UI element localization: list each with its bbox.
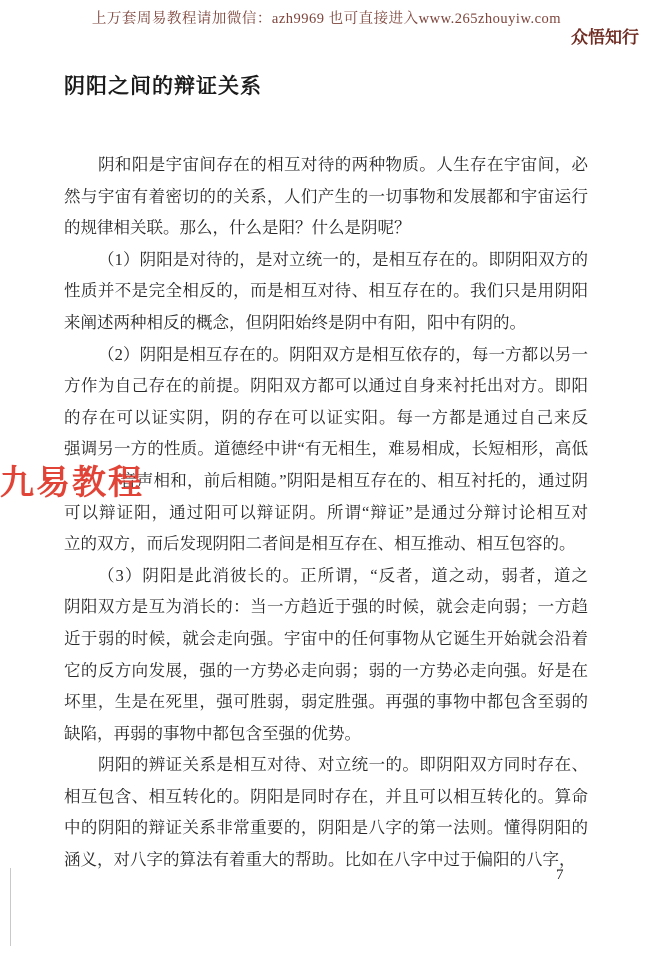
text-line: 坏里，生是在死里，强可胜弱，弱定胜强。再强的事物中都包含至弱的 <box>64 686 588 718</box>
text-line: 性质并不是完全相反的，而是相互对待、相互存在的。我们只是用阴阳 <box>64 275 588 307</box>
text-line: 方作为自己存在的前提。阴阳双方都可以通过自身来衬托出对方。即阳 <box>64 370 588 402</box>
brand-label: 众悟知行 <box>571 23 639 48</box>
watermark: 九易教程 <box>0 455 144 504</box>
text-line: （3）阴阳是此消彼长的。正所谓，“反者，道之动，弱者，道之用。” <box>64 560 588 592</box>
text-line: 缺陷，再弱的事物中都包含至强的优势。 <box>64 718 588 750</box>
body-text: 阴和阳是宇宙间存在的相互对待的两种物质。人生存在宇宙间，必 然与宇宙有着密切的的… <box>64 149 588 876</box>
text-line: 相互包含、相互转化的。阴阳是同时存在，并且可以相互转化的。算命 <box>64 781 588 813</box>
text-line: 立的双方，而后发现阴阳二者间是相互存在、相互推动、相互包容的。 <box>64 528 588 560</box>
document-page: 上万套周易教程请加微信：azh9969 也可直接进入www.265zhouyiw… <box>0 0 653 957</box>
page-title: 阴阳之间的辩证关系 <box>64 70 262 100</box>
text-line: （2）阴阳是相互存在的。阴阳双方是相互依存的，每一方都以另一 <box>64 339 588 371</box>
text-line: 阴阳双方是互为消长的：当一方趋近于强的时候，就会走向弱；一方趋 <box>64 591 588 623</box>
text-line: 来阐述两种相反的概念，但阴阳始终是阴中有阳，阳中有阴的。 <box>64 307 588 339</box>
text-line: 的存在可以证实阴，阴的存在可以证实阳。每一方都是通过自己来反衬、 <box>64 402 588 434</box>
header-notice: 上万套周易教程请加微信：azh9969 也可直接进入www.265zhouyiw… <box>0 7 653 28</box>
text-line: 阴和阳是宇宙间存在的相互对待的两种物质。人生存在宇宙间，必 <box>64 149 588 181</box>
text-line: 阴阳的辨证关系是相互对待、对立统一的。即阴阳双方同时存在、 <box>64 749 588 781</box>
text-line: （1）阴阳是对待的，是对立统一的，是相互存在的。即阴阳双方的 <box>64 244 588 276</box>
text-line: 中的阴阳的辩证关系非常重要的，阴阳是八字的第一法则。懂得阴阳的 <box>64 812 588 844</box>
text-line: 它的反方向发展，强的一方势必走向弱；弱的一方势必走向强。好是在 <box>64 655 588 687</box>
page-number: 7 <box>556 867 564 884</box>
text-line: 的规律相关联。那么，什么是阳？什么是阴呢？ <box>64 212 588 244</box>
text-line: 涵义，对八字的算法有着重大的帮助。比如在八字中过于偏阳的八字， <box>64 844 588 876</box>
text-line: 近于弱的时候，就会走向强。宇宙中的任何事物从它诞生开始就会沿着 <box>64 623 588 655</box>
text-line: 然与宇宙有着密切的的关系，人们产生的一切事物和发展都和宇宙运行 <box>64 181 588 213</box>
scan-artifact-line <box>10 868 11 946</box>
